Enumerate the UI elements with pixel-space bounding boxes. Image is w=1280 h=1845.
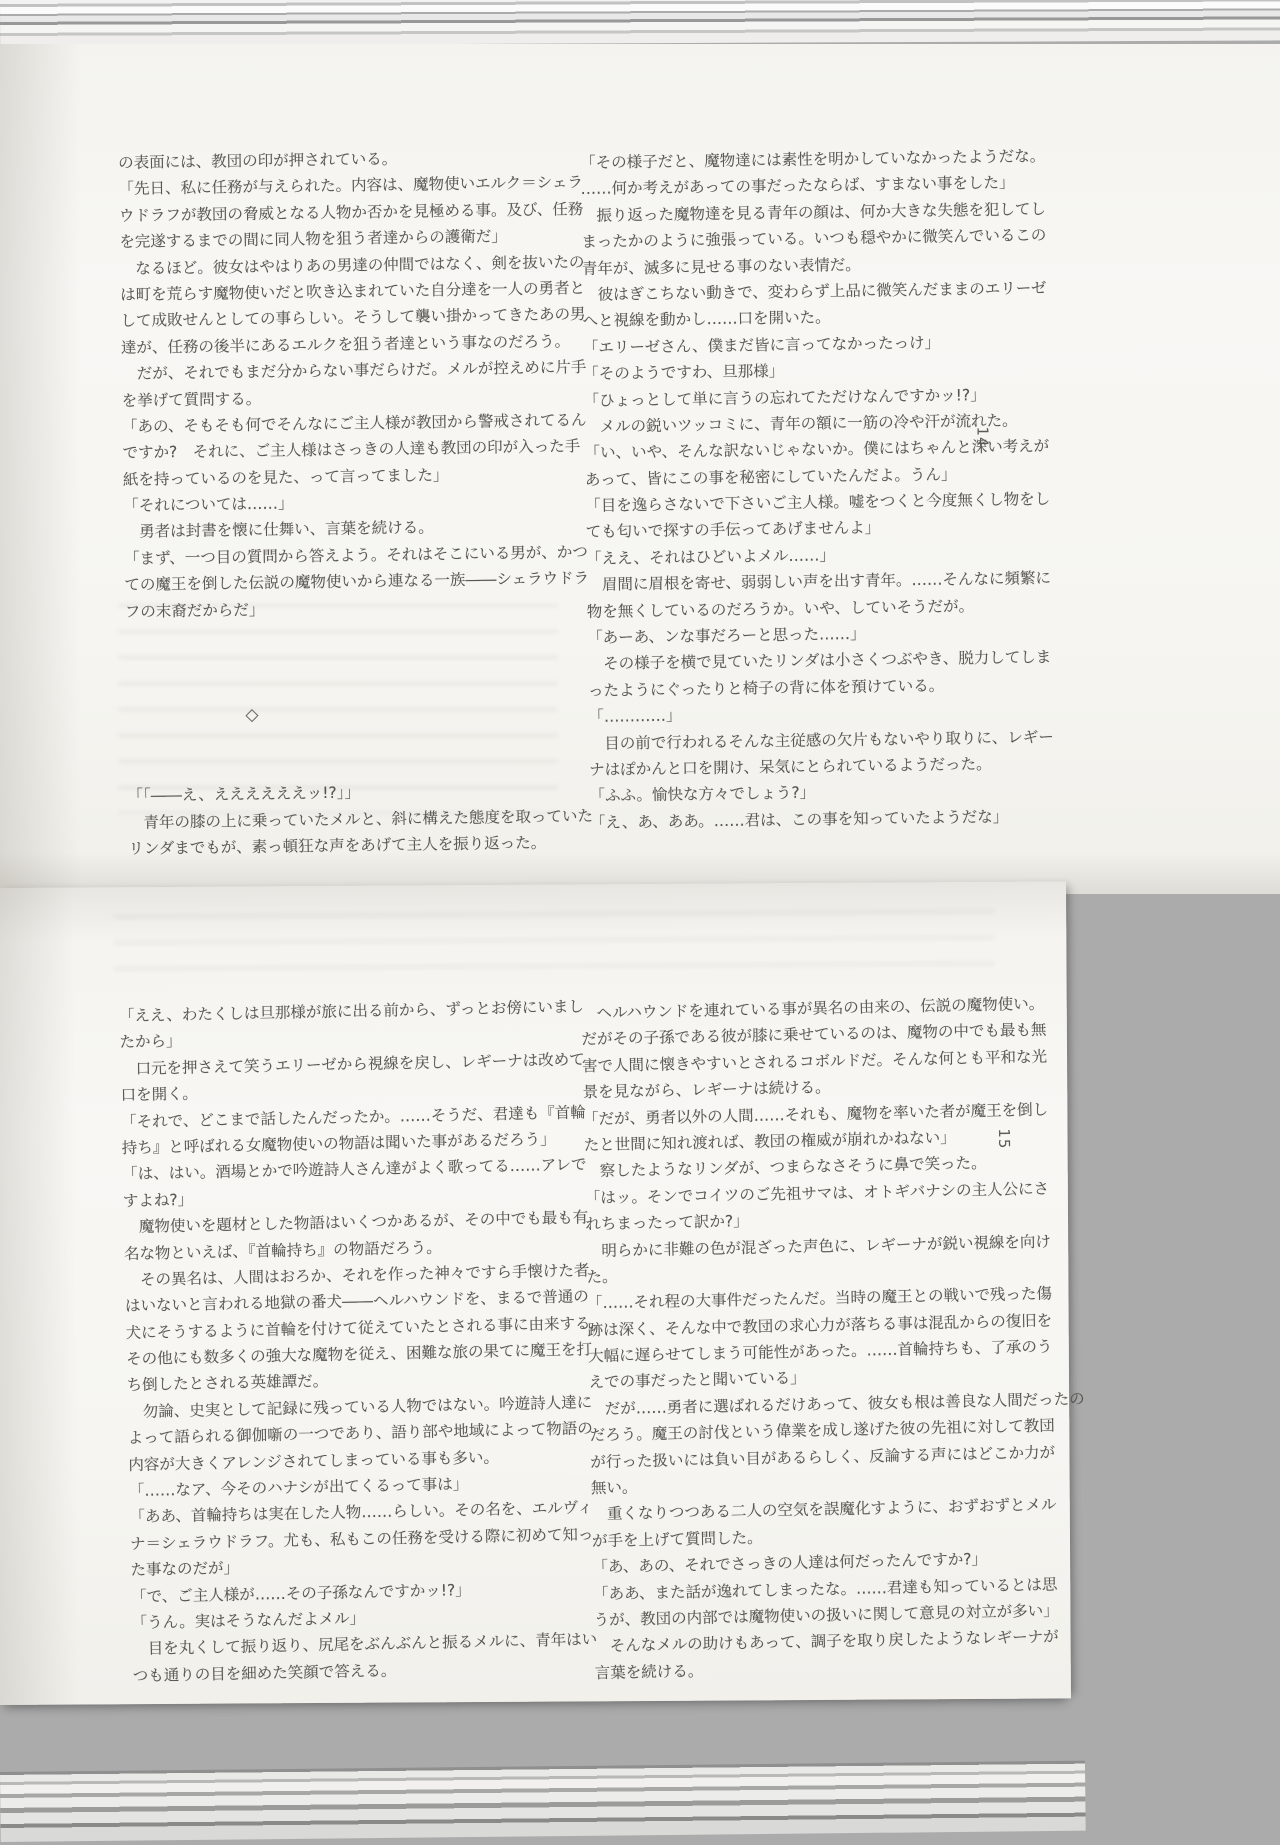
stacked-page-edges-bottom (0, 1761, 1086, 1842)
page-number: 14 (974, 426, 992, 447)
page14-right-column: 「その様子だと、魔物達には素性を明かしていなかったようだな。……何か考えがあって… (580, 143, 1046, 836)
page-number: 15 (995, 1128, 1013, 1149)
text-line: 「え、あ、ああ。……君は、この事を知っていたようだな」 (590, 803, 1046, 836)
page15-left-column: 「ええ、わたくしは旦那様が旅に出る前から、ずっとお傍にいましたから」 口元を押さ… (119, 994, 569, 1689)
page14-left-column: の表面には、教団の印が押されている。「先日、私に任務が与えられた。内容は、魔物使… (118, 144, 565, 863)
page-14: の表面には、教団の印が押されている。「先日、私に任務が与えられた。内容は、魔物使… (0, 44, 1280, 894)
scanned-book-spread: の表面には、教団の印が押されている。「先日、私に任務が与えられた。内容は、魔物使… (0, 0, 1280, 1845)
page-15: 「ええ、わたくしは旦那様が旅に出る前から、ずっとお傍にいましたから」 口元を押さ… (0, 881, 1071, 1705)
bleed-through-ghost (114, 910, 994, 985)
stacked-page-edges-top (0, 0, 1280, 46)
text-line: リンダまでもが、素っ頓狂な声をあげて主人を振り返った。 (128, 830, 564, 863)
page15-right-column: ヘルハウンドを連れている事が異名の由来の、伝説の魔物使い。だがその子孫である彼が… (581, 991, 1051, 1687)
